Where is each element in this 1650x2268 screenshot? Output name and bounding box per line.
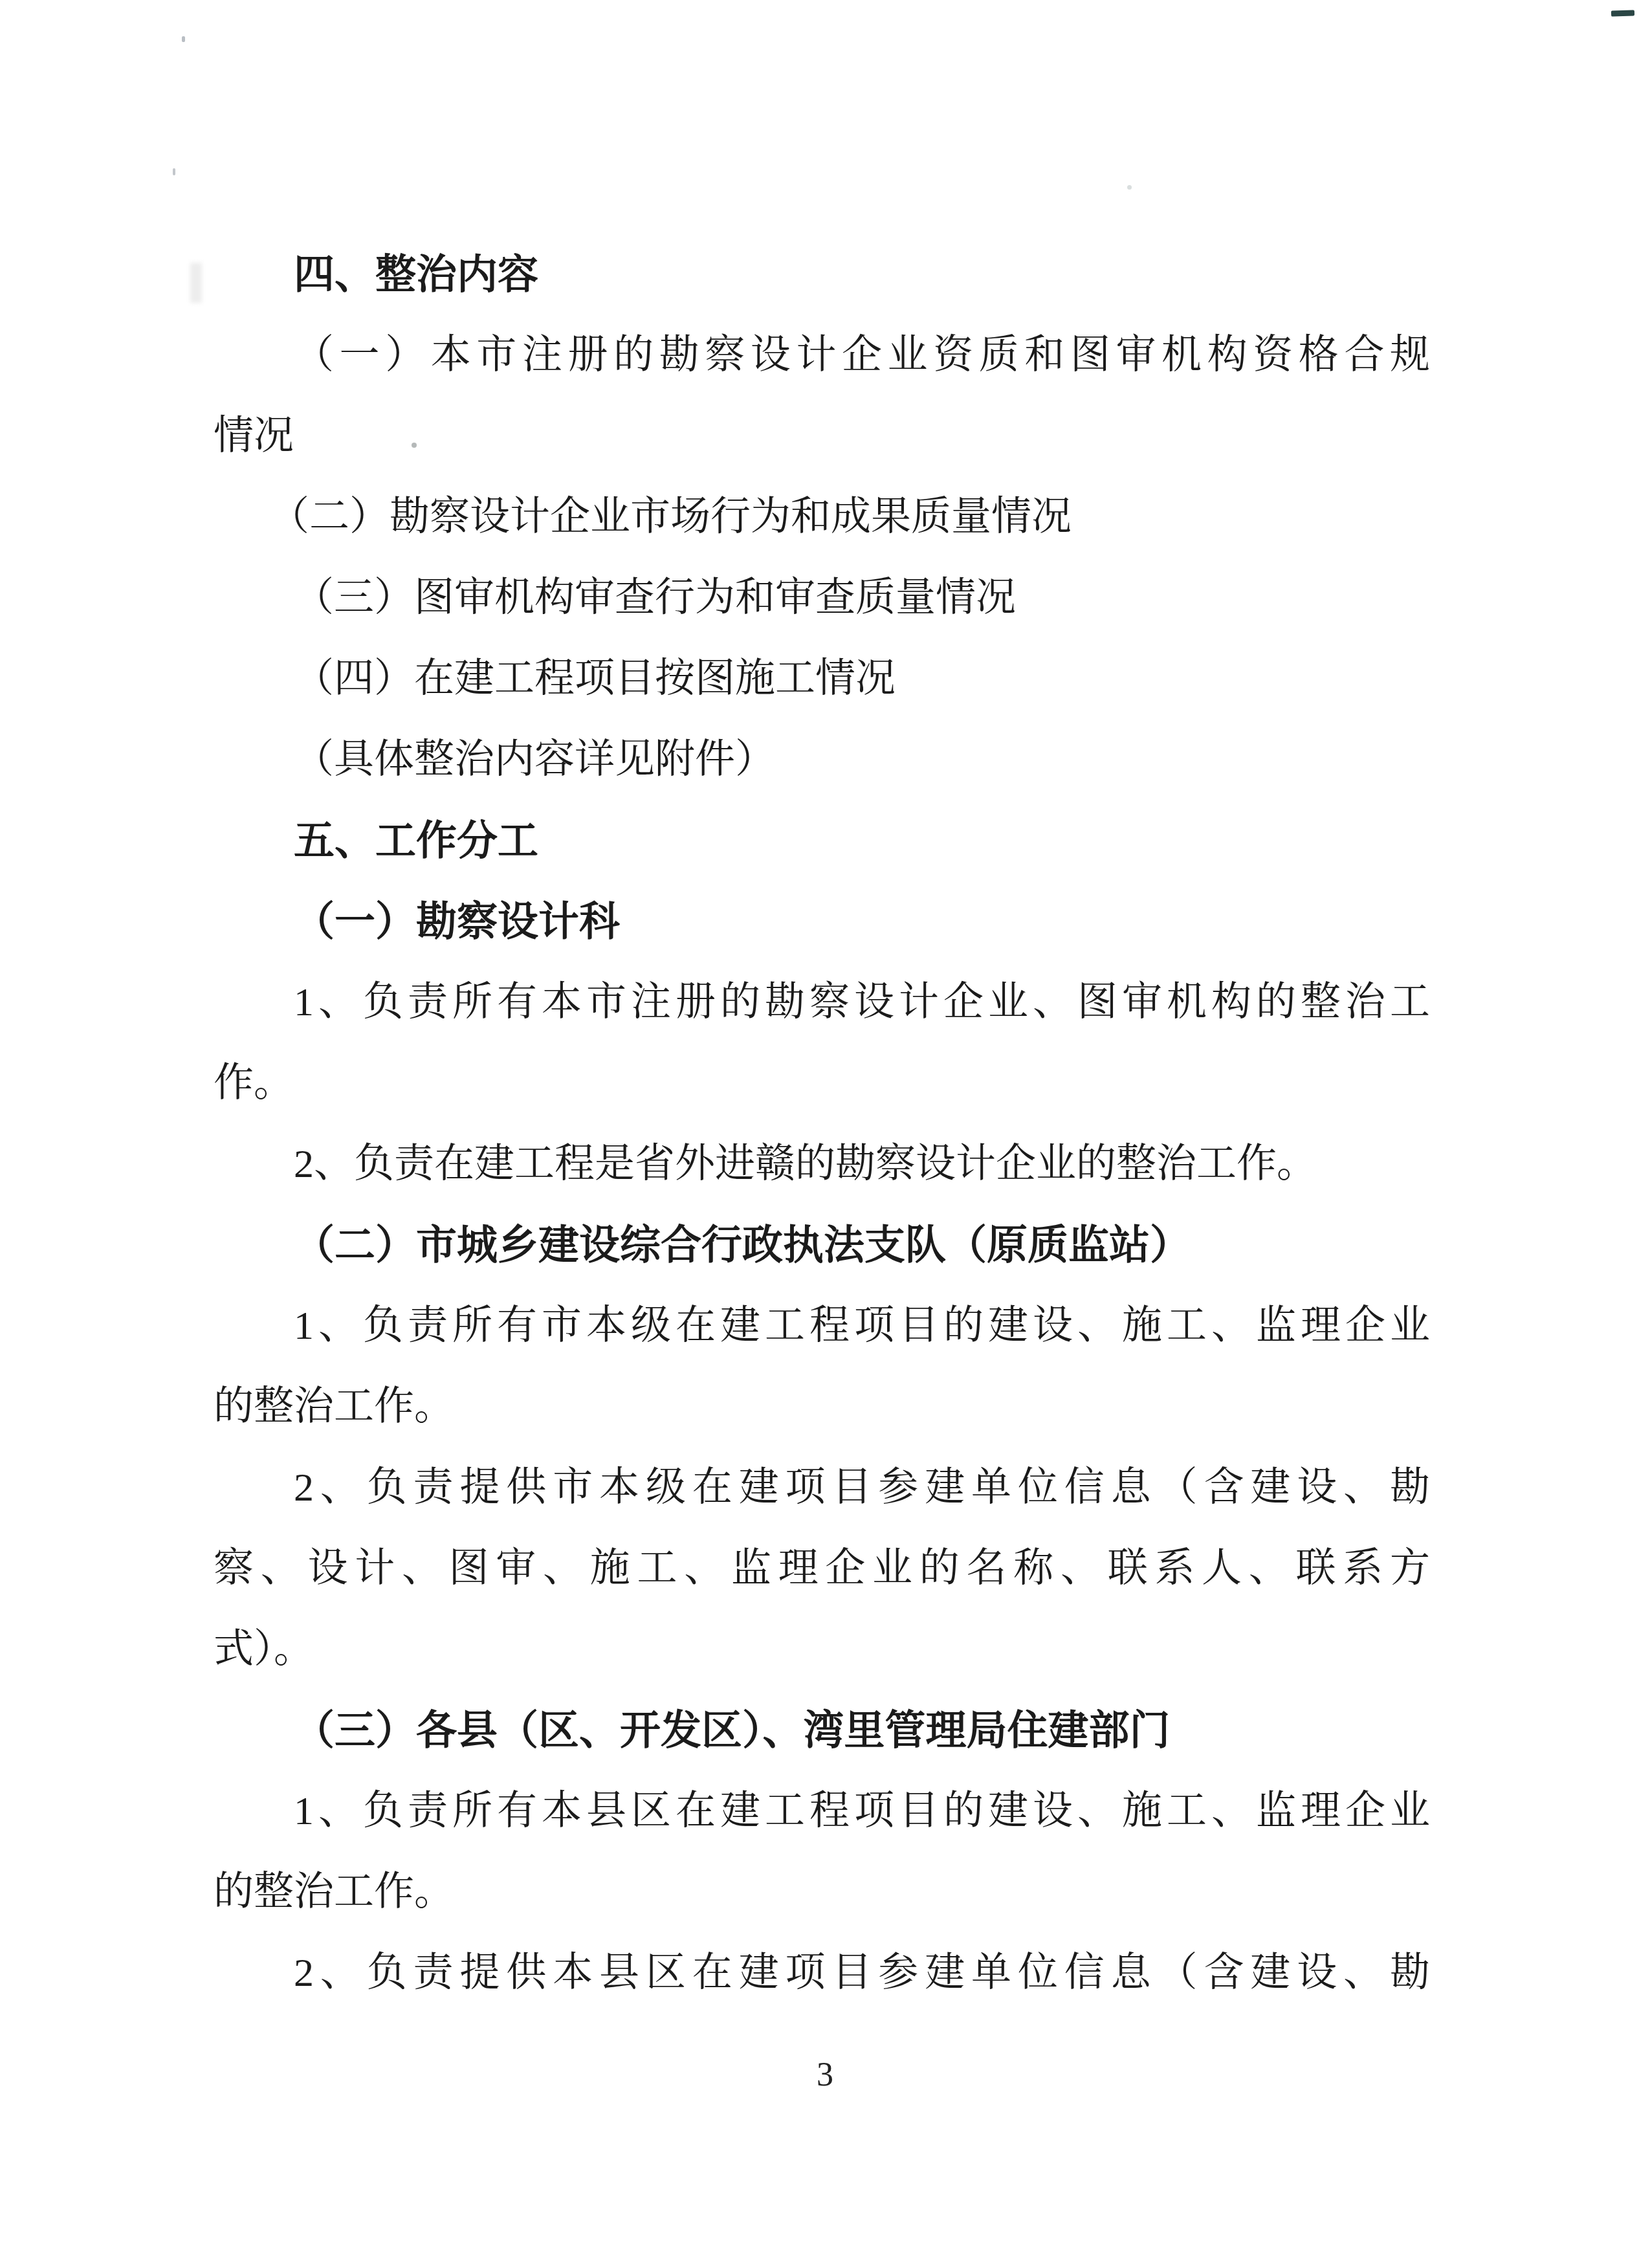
section-4-attachment-note: （具体整治内容详见附件）	[214, 720, 1430, 800]
division-1-duty-2: 2、负责在建工程是省外进赣的勘察设计企业的整治工作。	[214, 1124, 1430, 1205]
division-2-heading: （二）市城乡建设综合行政执法支队（原质监站）	[214, 1205, 1430, 1286]
document-text-block: 四、整治内容 （一）本市注册的勘察设计企业资质和图审机构资格合规 情况 （二）勘…	[214, 234, 1430, 2014]
scan-artifact	[190, 263, 202, 303]
section-5-heading: 五、工作分工	[214, 800, 1430, 881]
division-2-duty-2-line-3: 式）。	[214, 1609, 1430, 1690]
section-4-item-1-line-1: （一）本市注册的勘察设计企业资质和图审机构资格合规	[214, 315, 1430, 396]
division-2-duty-1-line-1: 1、负责所有市本级在建工程项目的建设、施工、监理企业	[214, 1286, 1430, 1367]
division-2-duty-1-line-2: 的整治工作。	[214, 1367, 1430, 1448]
section-4-item-4: （四）在建工程项目按图施工情况	[214, 639, 1430, 720]
scan-artifact	[182, 36, 185, 42]
scan-artifact	[1127, 185, 1132, 190]
section-4-item-2: （二）勘察设计企业市场行为和成果质量情况	[214, 477, 1430, 558]
document-page: 四、整治内容 （一）本市注册的勘察设计企业资质和图审机构资格合规 情况 （二）勘…	[0, 0, 1650, 2268]
scan-artifact	[173, 168, 175, 175]
division-3-duty-1-line-2: 的整治工作。	[214, 1852, 1430, 1933]
page-number: 3	[0, 2053, 1650, 2098]
division-3-heading: （三）各县（区、开发区）、湾里管理局住建部门	[214, 1690, 1430, 1771]
division-1-duty-1-line-2: 作。	[214, 1043, 1430, 1124]
scan-artifact	[1611, 10, 1634, 16]
division-1-duty-1-line-1: 1、负责所有本市注册的勘察设计企业、图审机构的整治工	[214, 962, 1430, 1043]
section-4-heading: 四、整治内容	[214, 234, 1430, 315]
section-4-item-3: （三）图审机构审查行为和审查质量情况	[214, 558, 1430, 639]
division-2-duty-2-line-1: 2、负责提供市本级在建项目参建单位信息（含建设、勘	[214, 1448, 1430, 1528]
division-3-duty-1-line-1: 1、负责所有本县区在建工程项目的建设、施工、监理企业	[214, 1771, 1430, 1852]
division-3-duty-2-line-1: 2、负责提供本县区在建项目参建单位信息（含建设、勘	[214, 1933, 1430, 2014]
division-1-heading: （一）勘察设计科	[214, 881, 1430, 962]
division-2-duty-2-line-2: 察、设计、图审、施工、监理企业的名称、联系人、联系方	[214, 1528, 1430, 1609]
section-4-item-1-line-2: 情况	[214, 396, 1430, 477]
